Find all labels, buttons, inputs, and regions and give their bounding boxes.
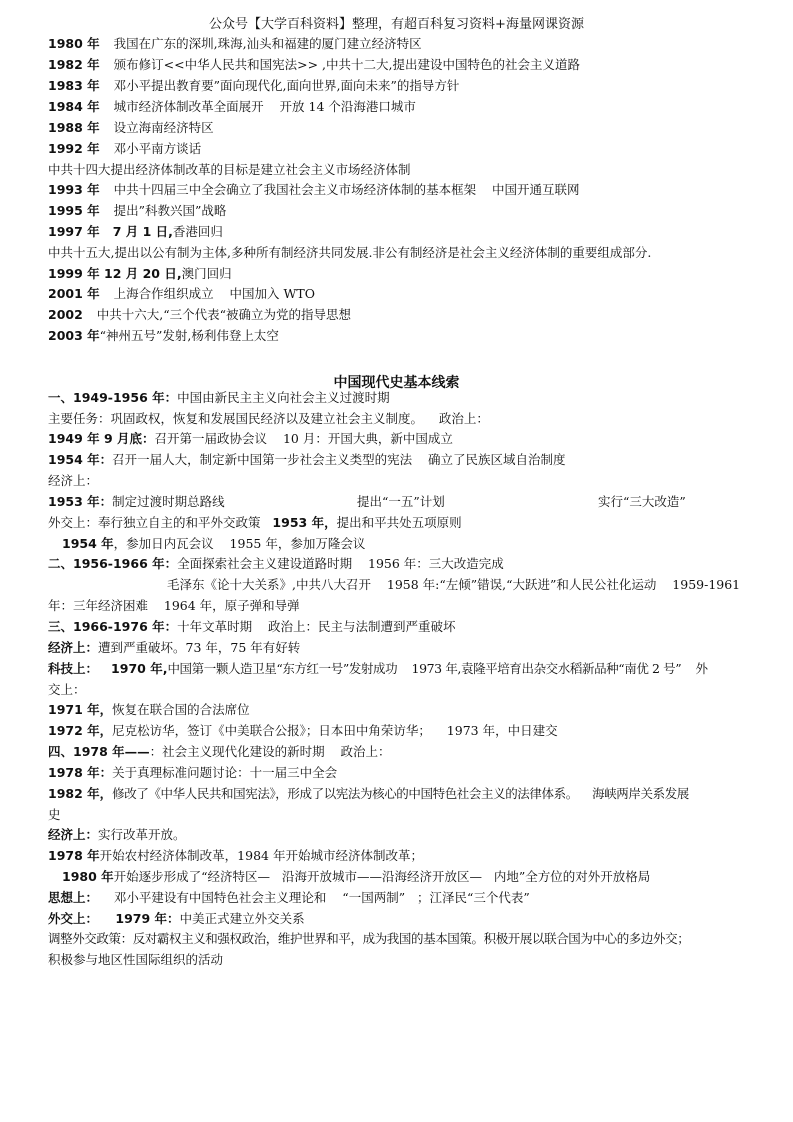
body-line: 1982 年，修改了《中华人民共和国宪法》，形成了以宪法为核心的中国特色社会主义… (48, 786, 689, 802)
body-line: 1953 年：制定过渡时期总路线提出“一五”计划实行“三大改造” (48, 494, 225, 510)
timeline-row: 1984 年城市经济体制改革全面展开 开放 14 个沿海港口城市 (48, 99, 416, 115)
body-line: 调整外交政策：反对霸权主义和强权政治，维护世界和平，成为我国的基本国策。积极开展… (48, 931, 689, 947)
body-line: 史 (48, 807, 61, 823)
body-line: 外交上：奉行独立自主的和平外交政策 1953 年，提出和平共处五项原则 (48, 515, 462, 531)
body-line: 一、1949-1956 年：中国由新民主主义向社会主义过渡时期 (48, 390, 390, 406)
timeline-row: 2003 年“神州五号”发射,杨利伟登上太空 (48, 328, 279, 344)
timeline-row: 1983 年邓小平提出教育要”面向现代化,面向世界,面向未来”的指导方针 (48, 78, 459, 94)
body-line: 科技上： 1970 年,中国第一颗人造卫星“东方红一号”发射成功 1973 年,… (48, 661, 708, 677)
body-line: 外交上： 1979 年：中美正式建立外交关系 (48, 911, 305, 927)
body-line: 1954 年，参加日内瓦会议 1955 年，参加万隆会议 (62, 536, 365, 552)
body-line: 毛泽东《论十大关系》,中共八大召开 1958 年:“左倾”错误,“大跃进”和人民… (167, 577, 740, 593)
body-line: 四、1978 年——：社会主义现代化建设的新时期 政治上： (48, 744, 391, 760)
body-line: 年：三年经济困难 1964 年，原子弹和导弹 (48, 598, 300, 614)
page-header: 公众号【大学百科资料】整理，有超百科复习资料+海量网课资源 (0, 17, 793, 33)
timeline-row: 1999 年 12 月 20 日,澳门回归 (48, 266, 232, 282)
body-line: 经济上：遭到严重破坏。73 年，75 年有好转 (48, 640, 300, 656)
body-line: 经济上：实行改革开放。 (48, 827, 186, 843)
body-line: 三、1966-1976 年：十年文革时期 政治上：民主与法制遭到严重破坏 (48, 619, 456, 635)
body-line: 二、1956-1966 年：全面探索社会主义建设道路时期 1956 年：三大改造… (48, 556, 504, 572)
body-line: 1972 年，尼克松访华，签订《中美联合公报》；日本田中角荣访华； 1973 年… (48, 723, 558, 739)
timeline-row: 1997 年 7 月 1 日,香港回归 (48, 224, 223, 240)
body-line: 交上： (48, 682, 86, 698)
timeline-row: 1982 年颁布修订<<中华人民共和国宪法>> ,中共十二大,提出建设中国特色的… (48, 57, 580, 73)
timeline-row: 1980 年我国在广东的深圳,珠海,汕头和福建的厦门建立经济特区 (48, 36, 422, 52)
body-line: 主要任务：巩固政权，恢复和发展国民经济以及建立社会主义制度。 政治上： (48, 411, 489, 427)
body-line: 1978 年开始农村经济体制改革，1984 年开始城市经济体制改革； (48, 848, 423, 864)
body-line: 1954 年：召开一届人大，制定新中国第一步社会主义类型的宪法 确立了民族区域自… (48, 452, 566, 468)
timeline-row: 1988 年设立海南经济特区 (48, 120, 214, 136)
body-line: 积极参与地区性国际组织的活动 (48, 952, 223, 968)
timeline-row: 1995 年提出”科教兴国”战略 (48, 203, 226, 219)
timeline-row: 中共十四大提出经济体制改革的目标是建立社会主义市场经济体制 (48, 162, 411, 178)
timeline-row: 1992 年邓小平南方谈话 (48, 141, 201, 157)
timeline-row: 1993 年中共十四届三中全会确立了我国社会主义市场经济体制的基本框架 中国开通… (48, 182, 580, 198)
timeline-row: 2001 年上海合作组织成立 中国加入 WTO (48, 286, 315, 302)
timeline-row: 2002中共十六大,“三个代表“被确立为党的指导思想 (48, 307, 351, 323)
body-line: 思想上： 邓小平建设有中国特色社会主义理论和 “一国两制” ；江泽民“三个代表” (48, 890, 530, 906)
body-line: 1971 年，恢复在联合国的合法席位 (48, 702, 250, 718)
timeline-row: 中共十五大,提出以公有制为主体,多种所有制经济共同发展.非公有制经济是社会主义经… (48, 245, 651, 261)
body-line: 经济上： (48, 473, 98, 489)
section-title: 中国现代史基本线索 (0, 372, 793, 392)
body-line: 1980 年开始逐步形成了“经济特区— 沿海开放城市——沿海经济开放区— 内地”… (62, 869, 650, 885)
body-line: 1978 年：关于真理标准问题讨论：十一届三中全会 (48, 765, 337, 781)
body-line: 1949 年 9 月底：召开第一届政协会议 10 月：开国大典，新中国成立 (48, 431, 453, 447)
